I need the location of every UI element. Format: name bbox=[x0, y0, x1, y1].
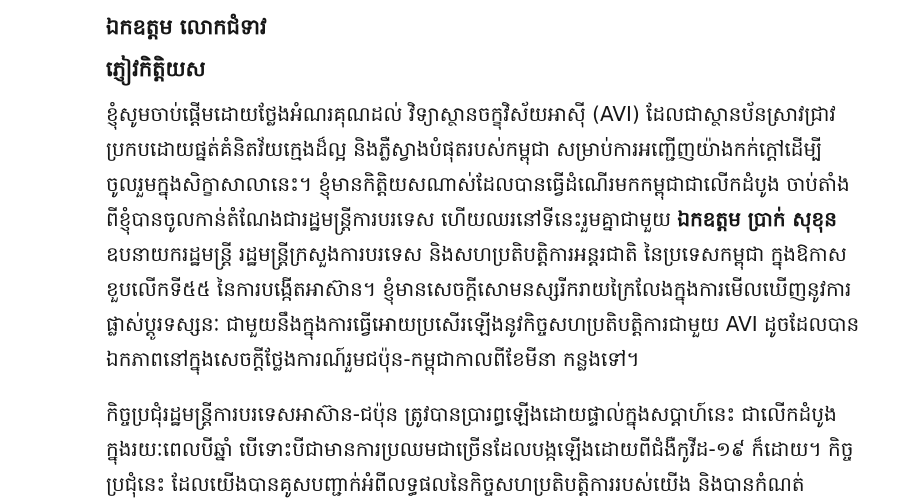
bold-name-text: ឯកឧត្តម ប្រាក់ សុខុន bbox=[677, 207, 837, 231]
body-text: ខួបលើកទី៥៥ នៃការបង្កើតអាស៊ាន។ ខ្ញុំមានសេ… bbox=[106, 277, 851, 301]
text-line: ចូលរួមក្នុងសិក្ខាសាលានេះ។ ខ្ញុំមានកិត្តិ… bbox=[106, 167, 862, 202]
body-text: ខ្ញុំសូមចាប់ផ្ដើមដោយថ្លែងអំណរគុណដល់ វិទ្… bbox=[106, 102, 836, 126]
body-text: ពីខ្ញុំបានចូលកាន់តំណែងជារដ្ឋមន្ត្រីការបរ… bbox=[106, 207, 677, 231]
text-line: ផ្លាស់ប្ដូរទស្សនៈ ជាមួយនឹងក្នុងការធ្វើអោ… bbox=[106, 307, 862, 342]
paragraph-1: ខ្ញុំសូមចាប់ផ្ដើមដោយថ្លែងអំណរគុណដល់ វិទ្… bbox=[106, 97, 862, 377]
body-text: ផ្លាស់ប្ដូរទស្សនៈ ជាមួយនឹងក្នុងការធ្វើអោ… bbox=[106, 312, 859, 336]
body-text: ក្នុងរយៈពេលបីឆ្នាំ បើទោះបីជាមានការប្រឈមជ… bbox=[106, 437, 853, 461]
text-line: ប្រកបដោយផ្នត់គំនិតវ័យក្មេងដ៏ល្អ និងភ្លឺស… bbox=[106, 132, 862, 167]
text-line: ក្នុងរយៈពេលបីឆ្នាំ បើទោះបីជាមានការប្រឈមជ… bbox=[106, 432, 862, 467]
body-text: កិច្ចប្រជុំរដ្ឋមន្ត្រីការបរទេសអាស៊ាន-ជប៉… bbox=[106, 402, 837, 426]
text-line: ប្រជុំនេះ ដែលយើងបានគូសបញ្ជាក់អំពីលទ្ធផលន… bbox=[106, 467, 862, 500]
body-text: ឯកភាពនៅក្នុងសេចក្ដីថ្លែងការណ៍រួមជប៉ុន-កម… bbox=[106, 347, 640, 371]
body-text: ប្រជុំនេះ ដែលយើងបានគូសបញ្ជាក់អំពីលទ្ធផលន… bbox=[106, 472, 805, 496]
body-text: ចូលរួមក្នុងសិក្ខាសាលានេះ។ ខ្ញុំមានកិត្តិ… bbox=[106, 172, 850, 196]
text-line: ពីខ្ញុំបានចូលកាន់តំណែងជារដ្ឋមន្ត្រីការបរ… bbox=[106, 202, 862, 237]
salutation-heading: ឯកឧត្តម លោកជំទាវ bbox=[106, 10, 862, 45]
text-line: ខ្ញុំសូមចាប់ផ្ដើមដោយថ្លែងអំណរគុណដល់ វិទ្… bbox=[106, 97, 862, 132]
text-line: កិច្ចប្រជុំរដ្ឋមន្ត្រីការបរទេសអាស៊ាន-ជប៉… bbox=[106, 397, 862, 432]
text-line: ឧបនាយករដ្ឋមន្ត្រី រដ្ឋមន្ត្រីក្រសួងការបរ… bbox=[106, 237, 862, 272]
honored-guests-heading: ភ្ញៀវកិត្តិយស bbox=[106, 52, 862, 87]
document-page: ឯកឧត្តម លោកជំទាវ ភ្ញៀវកិត្តិយស ខ្ញុំសូមច… bbox=[0, 0, 900, 500]
text-line: ខួបលើកទី៥៥ នៃការបង្កើតអាស៊ាន។ ខ្ញុំមានសេ… bbox=[106, 272, 862, 307]
paragraph-2: កិច្ចប្រជុំរដ្ឋមន្ត្រីការបរទេសអាស៊ាន-ជប៉… bbox=[106, 397, 862, 500]
body-text: ប្រកបដោយផ្នត់គំនិតវ័យក្មេងដ៏ល្អ និងភ្លឺស… bbox=[106, 137, 822, 161]
text-line: ឯកភាពនៅក្នុងសេចក្ដីថ្លែងការណ៍រួមជប៉ុន-កម… bbox=[106, 342, 862, 377]
body-text: ឧបនាយករដ្ឋមន្ត្រី រដ្ឋមន្ត្រីក្រសួងការបរ… bbox=[106, 242, 847, 266]
